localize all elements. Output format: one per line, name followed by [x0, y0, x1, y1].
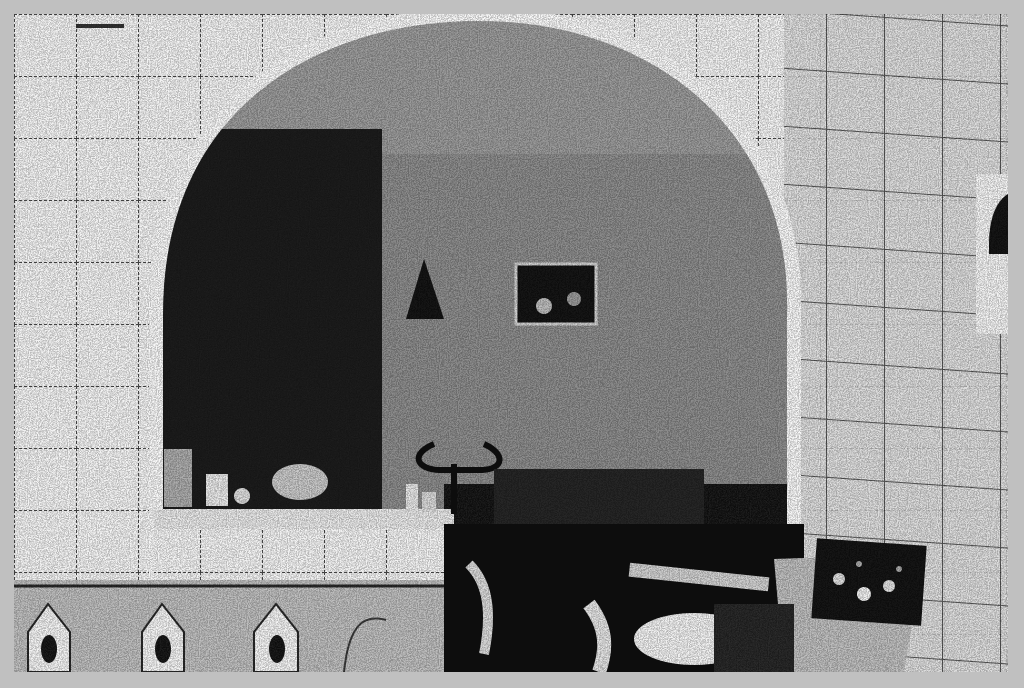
- room-photograph: [14, 14, 1008, 672]
- room-scene: [14, 14, 1008, 672]
- tile-mark: [76, 24, 124, 28]
- framed-picture: [516, 264, 596, 324]
- patterned-cushion: [811, 538, 926, 625]
- dark-doorway: [160, 129, 382, 529]
- decorative-tile-border: [14, 580, 444, 672]
